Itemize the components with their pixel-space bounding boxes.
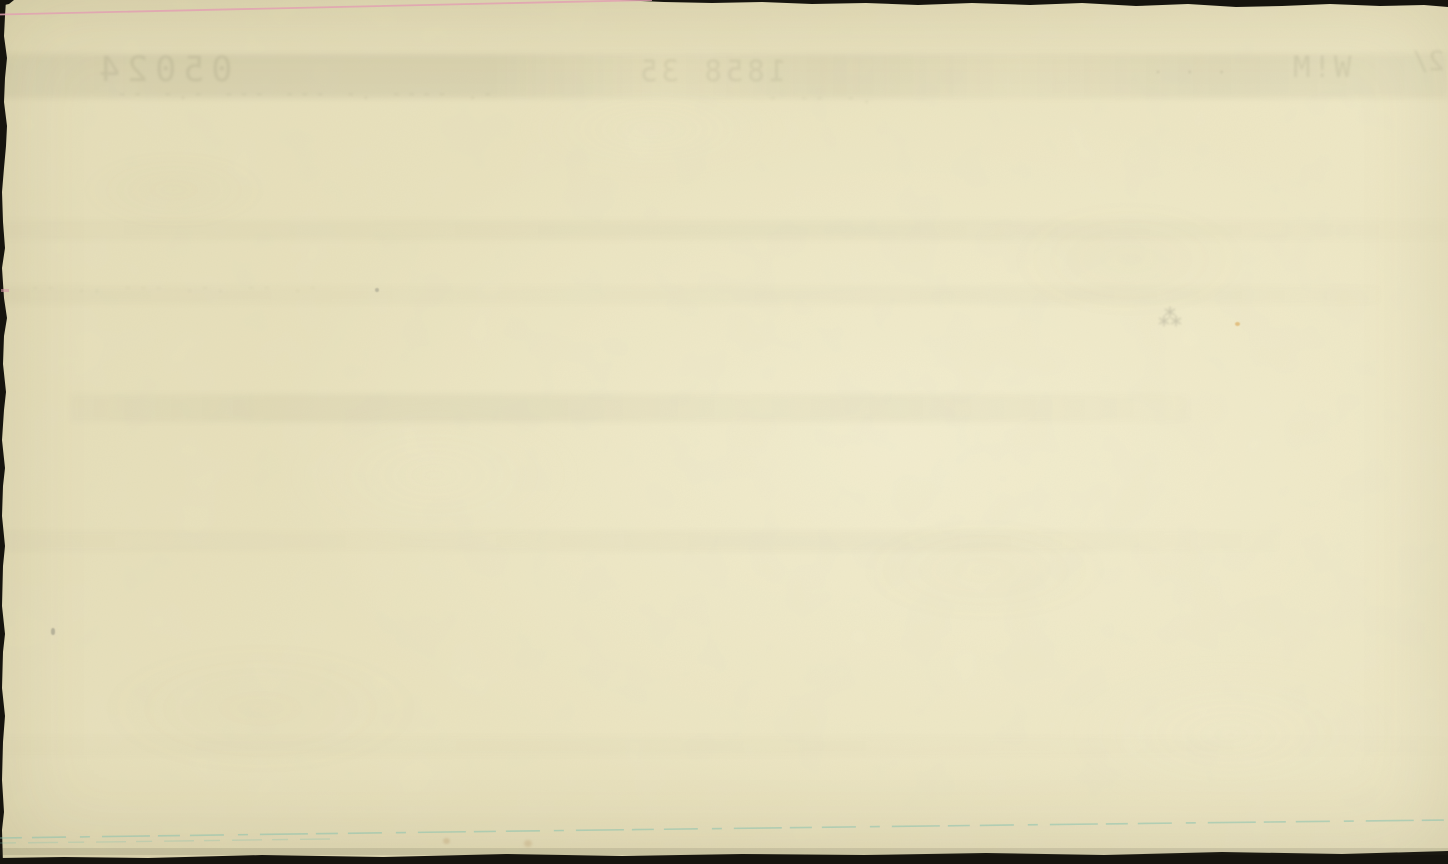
paper-mottling xyxy=(0,0,1448,864)
scanned-card-page: { "colors": { "paper": "#ece5c1", "paper… xyxy=(0,0,1448,864)
